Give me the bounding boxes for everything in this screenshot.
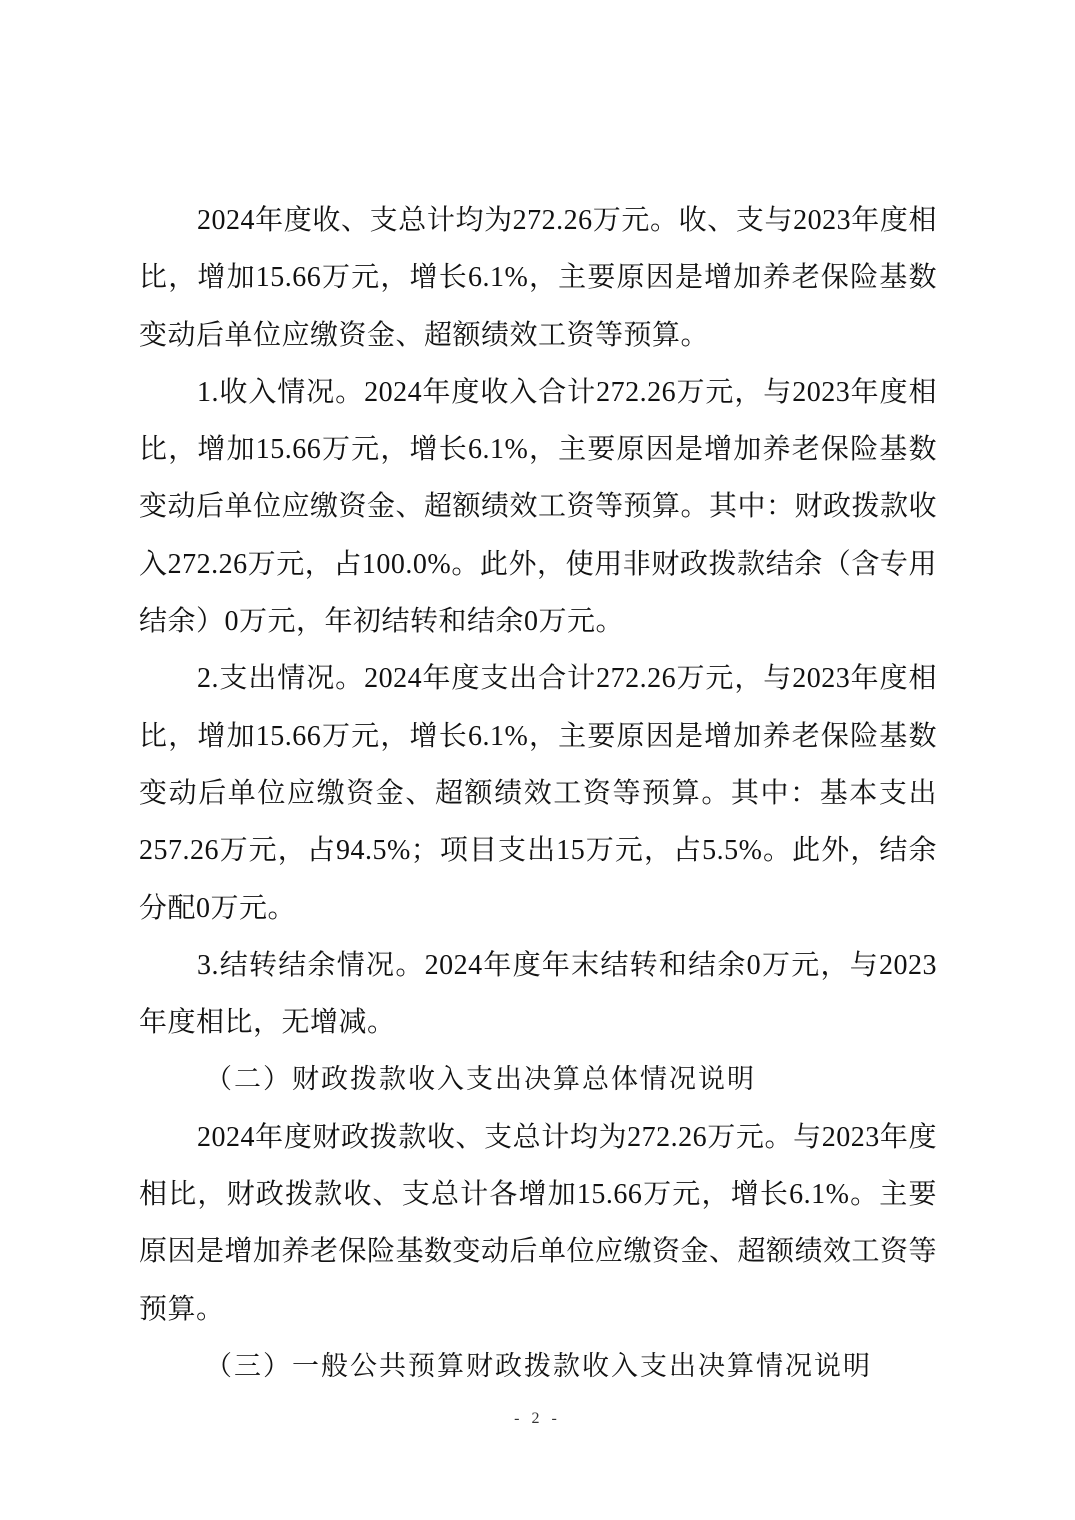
- paragraph-income: 1.收入情况。2024年度收入合计272.26万元，与2023年度相比，增加15…: [139, 364, 937, 650]
- paragraph-expenditure: 2.支出情况。2024年度支出合计272.26万元，与2023年度相比，增加15…: [139, 650, 937, 936]
- document-body: 2024年度收、支总计均为272.26万元。收、支与2023年度相比，增加15.…: [139, 192, 937, 1395]
- paragraph-carryover: 3.结转结余情况。2024年度年末结转和结余0万元，与2023年度相比，无增减。: [139, 937, 937, 1052]
- section-heading-3: （三）一般公共预算财政拨款收入支出决算情况说明: [139, 1338, 937, 1395]
- page-number: - 2 -: [0, 1410, 1075, 1428]
- paragraph-fiscal-appropriation: 2024年度财政拨款收、支总计均为272.26万元。与2023年度相比，财政拨款…: [139, 1109, 937, 1338]
- section-heading-2: （二）财政拨款收入支出决算总体情况说明: [139, 1051, 937, 1108]
- paragraph-total-summary: 2024年度收、支总计均为272.26万元。收、支与2023年度相比，增加15.…: [139, 192, 937, 364]
